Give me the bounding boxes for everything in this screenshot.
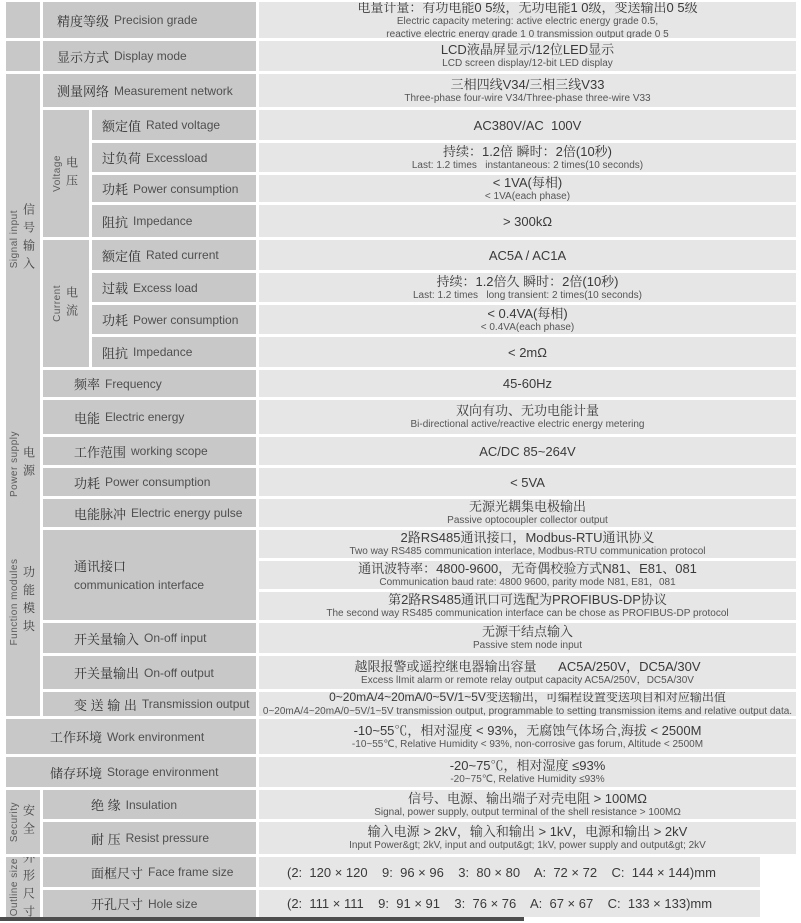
label-on-off-input: 开关量输入On-off input (43, 623, 256, 653)
value-rated-current: AC5A / AC1A (259, 240, 796, 270)
spine-group-signal-input: Signal input 信号输入 (6, 203, 40, 275)
value-precision-grade: 电量计量：有功电能0 5级，无功电能1 0级，变送输出0 5级 Electric… (259, 2, 796, 38)
value-communication-interface-3: 第2路RS485通讯口可选配为PROFIBUS-DP协议 The second … (259, 592, 796, 620)
spine-group-power-supply: Power supply 电源 (6, 431, 40, 497)
signal-input-zh: 信号输入 (21, 203, 38, 275)
label-zh: 精度等级 (57, 11, 109, 30)
value-on-off-output: 越限报警或遥控继电器输出容量 AC5A/250V，DC5A/30V Excess… (259, 656, 796, 689)
label-en: Precision grade (114, 13, 197, 27)
function-modules-en: Function modules (9, 559, 20, 646)
value-storage-environment: -20~75℃，相对湿度 ≤93% -20~75℃, Relative Humi… (259, 757, 796, 787)
security-en: Security (9, 802, 20, 842)
value-excess-load-current: 持续：1.2倍久 瞬时：2倍(10秒) Last: 1.2 times long… (259, 273, 796, 302)
label-impedance-current: 阻抗Impedance (92, 337, 256, 367)
security-zh: 安全 (21, 804, 38, 840)
value-working-scope: AC/DC 85~264V (259, 437, 796, 465)
spine-group-security: Security 安全 (6, 790, 40, 854)
value-frequency: 45-60Hz (259, 370, 796, 397)
value-excess-load-voltage: 持续：1.2倍 瞬时：2倍(10秒) Last: 1.2 times insta… (259, 143, 796, 172)
label-work-environment: 工作环境Work environment (6, 719, 256, 754)
current-en: Current (52, 285, 63, 322)
label-frequency: 频率Frequency (43, 370, 256, 397)
subgroup-voltage: Voltage 电压 (43, 110, 89, 237)
value-transmission-output: 0~20mA/4~20mA/0~5V/1~5V变送输出，可编程设置变送项目和对应… (259, 692, 796, 716)
value-power-consumption-current: < 0.4VA(每相) < 0.4VA(each phase) (259, 305, 796, 334)
value-electric-energy: 双向有功、无功电能计量 Bi-directional active/reacti… (259, 400, 796, 434)
value-impedance-current: < 2mΩ (259, 337, 796, 367)
voltage-zh: 电压 (64, 156, 81, 192)
subgroup-current: Current 电流 (43, 240, 89, 367)
label-display-mode: 显示方式Display mode (43, 41, 256, 71)
current-zh: 电流 (64, 286, 81, 322)
outline-size-zh: 外形尺寸 (21, 857, 38, 917)
label-electric-energy: 电能Electric energy (43, 400, 256, 434)
label-hole-size: 开孔尺寸Hole size (43, 890, 256, 917)
value-hole-size: (2: 111 × 111 9: 91 × 91 3: 76 × 76 A: 6… (259, 890, 760, 917)
spine-empty-cell-1 (6, 2, 40, 38)
value-insulation: 信号、电源、输出端子对壳电阻 > 100MΩ Signal, power sup… (259, 790, 796, 819)
label-power-consumption-current: 功耗Power consumption (92, 305, 256, 334)
label-precision-grade: 精度等级Precision grade (43, 2, 256, 38)
value-on-off-input: 无源干结点输入 Passive stem node input (259, 623, 796, 653)
label-excess-load-current: 过载Excess load (92, 273, 256, 302)
value-resist-pressure: 输入电源 > 2kV，输入和输出 > 1kV，电源和输出 > 2kV Input… (259, 822, 796, 854)
value-display-mode: LCD液晶屏显示/12位LED显示 LCD screen display/12-… (259, 41, 796, 71)
voltage-en: Voltage (52, 155, 63, 192)
spine-group-function-modules: Function modules 功能模块 (6, 559, 40, 646)
label-rated-current: 额定值Rated current (92, 240, 256, 270)
outline-size-en: Outline size (9, 858, 20, 916)
label-communication-interface: 通讯接口 communication interface (43, 530, 256, 620)
label-insulation: 绝 缘Insulation (43, 790, 256, 819)
signal-input-en: Signal input (9, 210, 20, 268)
label-face-frame-size: 面框尺寸Face frame size (43, 857, 256, 887)
label-impedance-voltage: 阻抗Impedance (92, 205, 256, 237)
spec-table: Signal input 信号输入 Power supply 电源 Functi… (6, 2, 796, 917)
value-work-environment: -10~55℃，相对湿度 < 93%，无腐蚀气体场合,海拔 < 2500M -1… (259, 719, 796, 754)
function-modules-zh: 功能模块 (21, 566, 38, 638)
label-measurement-network: 测量网络Measurement network (43, 74, 256, 107)
value-communication-interface-2: 通讯波特率：4800-9600，无奇偶校验方式N81、E81、081 Commu… (259, 561, 796, 589)
spine-empty-cell-2 (6, 41, 40, 71)
label-on-off-output: 开关量输出On-off output (43, 656, 256, 689)
power-supply-en: Power supply (9, 431, 20, 497)
label-storage-environment: 储存环境Storage environment (6, 757, 256, 787)
label-working-scope: 工作范围working scope (43, 437, 256, 465)
bottom-edge-bar (0, 917, 524, 921)
value-measurement-network: 三相四线V34/三相三线V33 Three-phase four-wire V3… (259, 74, 796, 107)
label-resist-pressure: 耐 压Resist pressure (43, 822, 256, 854)
spine-group-outline-size: Outline size 外形尺寸 (6, 857, 40, 917)
value-rated-voltage: AC380V/AC 100V (259, 110, 796, 140)
value-impedance-voltage: > 300kΩ (259, 205, 796, 237)
label-power-consumption-supply: 功耗Power consumption (43, 468, 256, 496)
value-power-consumption-voltage: < 1VA(每相) < 1VA(each phase) (259, 175, 796, 202)
value-power-consumption-supply: < 5VA (259, 468, 796, 496)
label-rated-voltage: 额定值Rated voltage (92, 110, 256, 140)
label-excess-load-voltage: 过负荷Excessload (92, 143, 256, 172)
value-face-frame-size: (2: 120 × 120 9: 96 × 96 3: 80 × 80 A: 7… (259, 857, 760, 887)
label-transmission-output: 变 送 输 出Transmission output (43, 692, 256, 716)
value-electric-energy-pulse: 无源光耦集电极输出 Passive optocoupler collector … (259, 499, 796, 527)
label-power-consumption-voltage: 功耗Power consumption (92, 175, 256, 202)
value-communication-interface-1: 2路RS485通讯接口，Modbus-RTU通讯协义 Two way RS485… (259, 530, 796, 558)
power-supply-zh: 电源 (21, 446, 38, 482)
spine-main: Signal input 信号输入 Power supply 电源 Functi… (6, 74, 40, 716)
label-electric-energy-pulse: 电能脉冲Electric energy pulse (43, 499, 256, 527)
